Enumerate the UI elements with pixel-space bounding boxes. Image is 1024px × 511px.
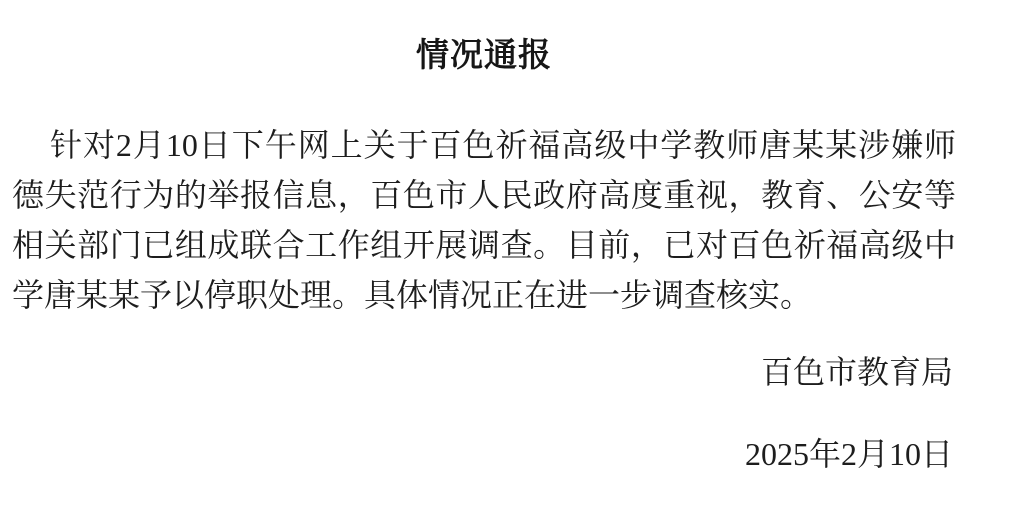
notice-title: 情况通报	[12, 32, 956, 80]
notice-date: 2025年2月10日	[745, 433, 953, 475]
notice-page: 情况通报 针对2月10日下午网上关于百色祈福高级中学教师唐某某涉嫌师德失范行为的…	[0, 0, 1024, 511]
notice-body-paragraph: 针对2月10日下午网上关于百色祈福高级中学教师唐某某涉嫌师德失范行为的举报信息，…	[12, 120, 956, 320]
notice-date-row: 2025年2月10日	[12, 433, 956, 475]
notice-signature-row: 百色市教育局	[12, 351, 956, 393]
notice-signature: 百色市教育局	[761, 351, 953, 393]
